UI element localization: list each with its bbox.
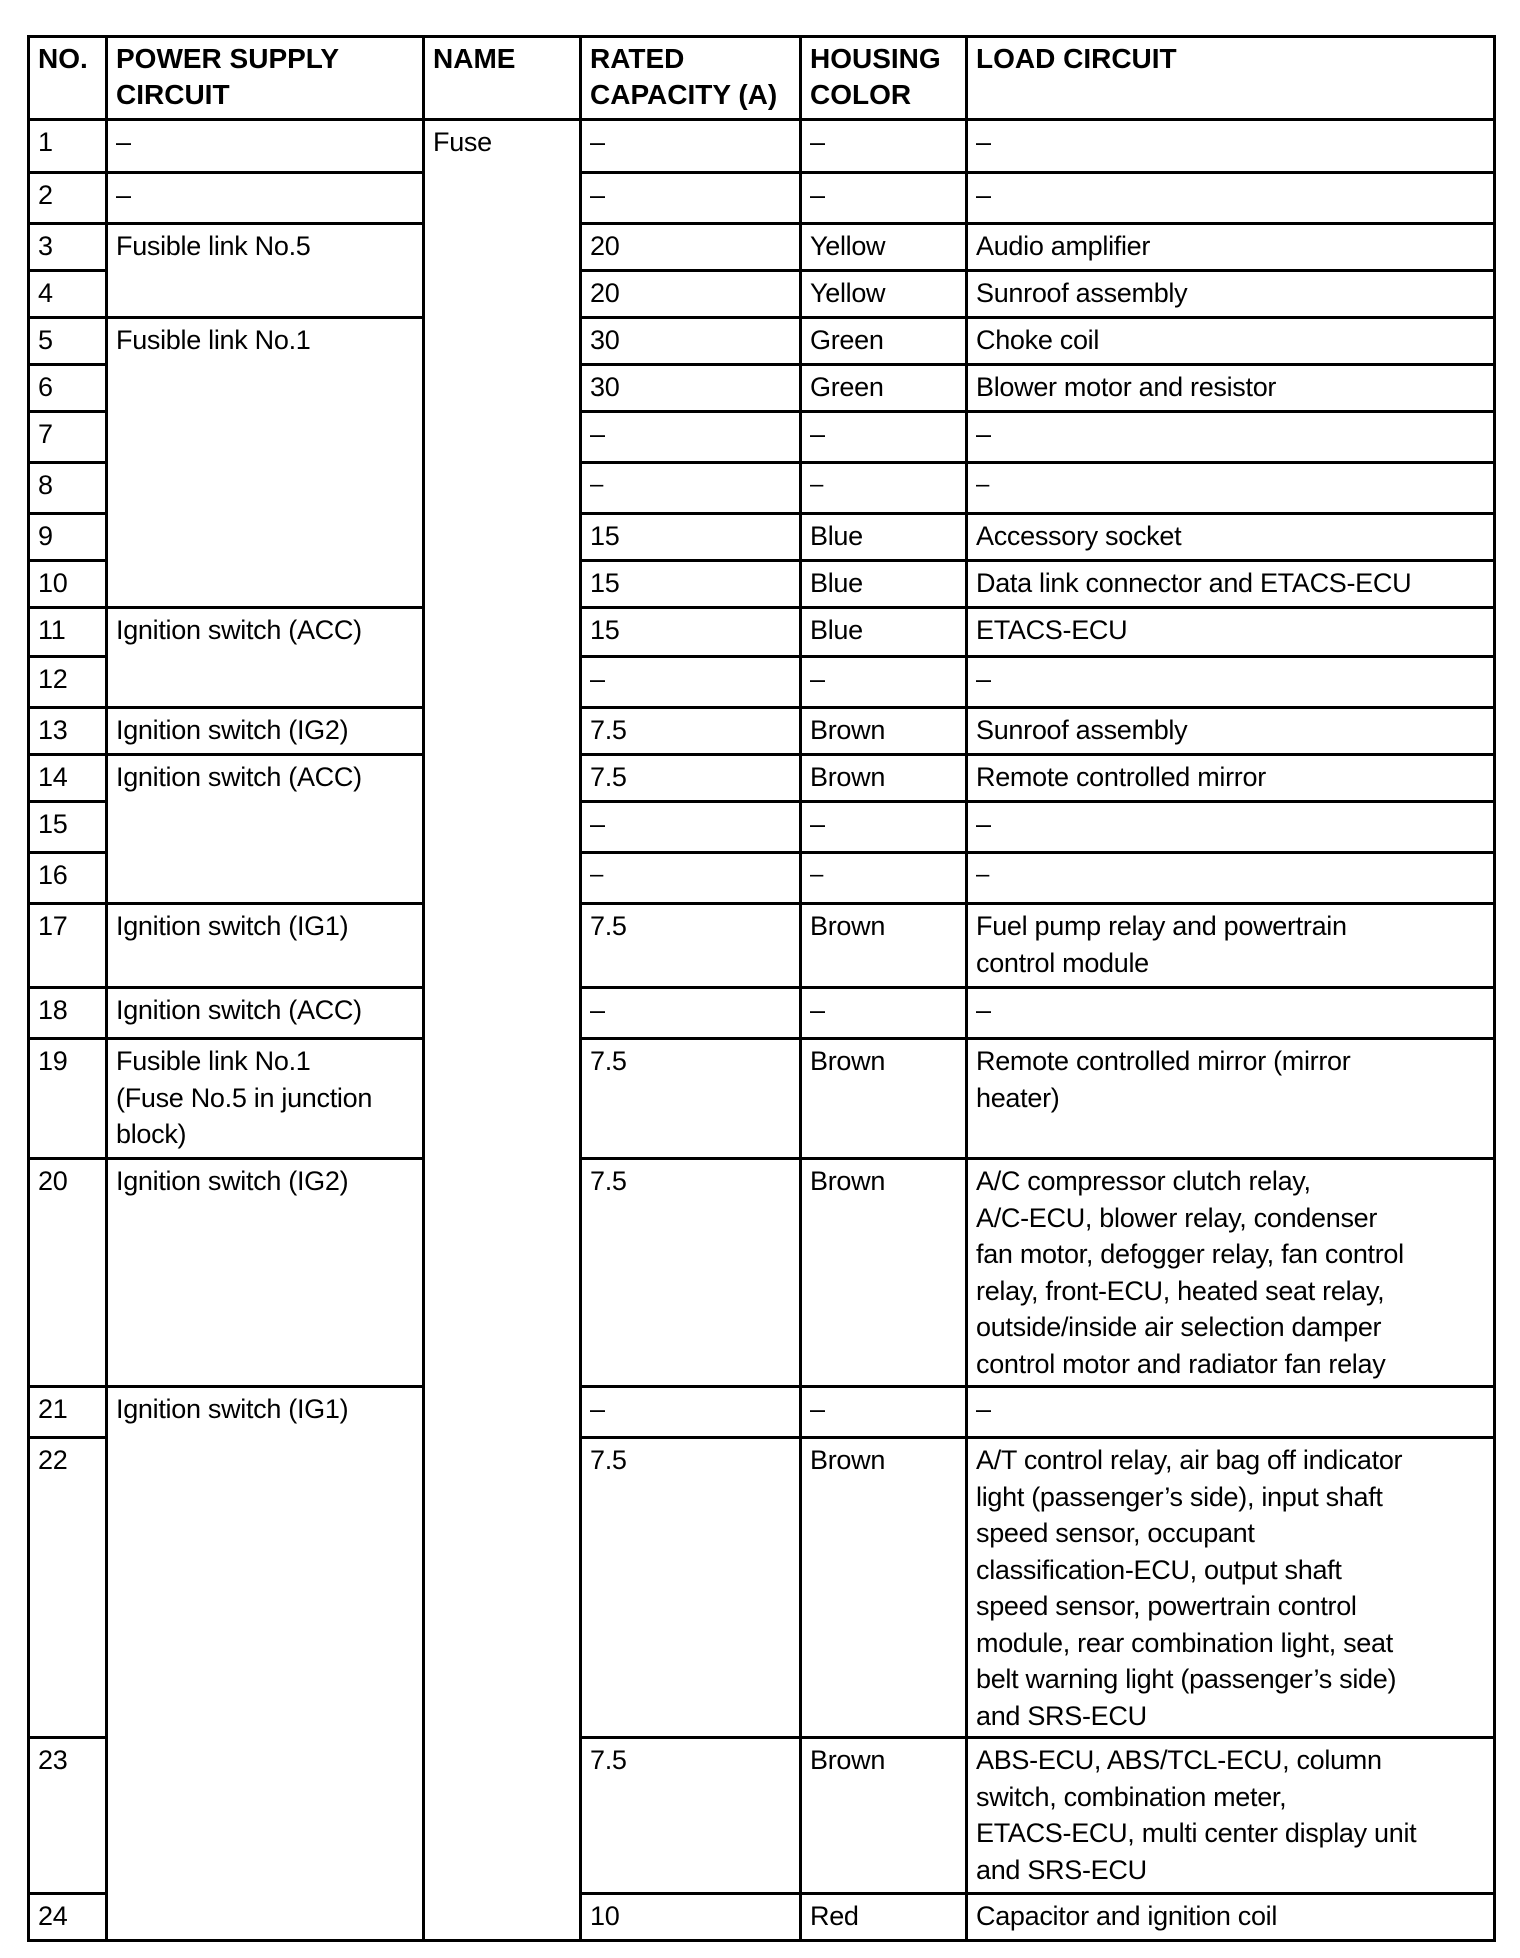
cell-rated: 7.5 [581,904,801,988]
cell-color: Red [801,1894,967,1941]
cell-power-supply: Fusible link No.1 (Fuse No.5 in junction… [107,1039,424,1159]
cell-rated: 20 [581,224,801,271]
table-header-row: NO. POWER SUPPLY CIRCUIT NAME RATED CAPA… [29,37,1495,120]
cell-no: 6 [29,365,107,412]
cell-name: Fuse [424,120,581,1941]
cell-color: Blue [801,514,967,561]
cell-load: – [967,463,1495,514]
cell-load: A/C compressor clutch relay, A/C-ECU, bl… [967,1159,1495,1387]
cell-power-supply: – [107,120,424,173]
cell-power-supply: Ignition switch (ACC) [107,755,424,904]
table-row: 19 Fusible link No.1 (Fuse No.5 in junct… [29,1039,1495,1159]
cell-rated: 7.5 [581,1159,801,1387]
cell-color: Brown [801,1438,967,1738]
cell-rated: – [581,657,801,708]
cell-rated: 7.5 [581,1438,801,1738]
cell-load: Audio amplifier [967,224,1495,271]
cell-rated: 30 [581,318,801,365]
cell-color: – [801,412,967,463]
cell-rated: 30 [581,365,801,412]
cell-color: Blue [801,608,967,657]
cell-no: 18 [29,988,107,1039]
cell-power-supply: Ignition switch (IG1) [107,1387,424,1941]
cell-load: Data link connector and ETACS-ECU [967,561,1495,608]
cell-power-supply: Ignition switch (IG1) [107,904,424,988]
cell-rated: – [581,1387,801,1438]
cell-color: Green [801,318,967,365]
cell-no: 11 [29,608,107,657]
header-rated-capacity: RATED CAPACITY (A) [581,37,801,120]
cell-no: 17 [29,904,107,988]
cell-no: 20 [29,1159,107,1387]
cell-color: Brown [801,1738,967,1894]
cell-rated: 7.5 [581,1738,801,1894]
cell-no: 12 [29,657,107,708]
cell-rated: 15 [581,561,801,608]
cell-rated: 15 [581,514,801,561]
cell-power-supply: Ignition switch (IG2) [107,1159,424,1387]
cell-load: Capacitor and ignition coil [967,1894,1495,1941]
cell-color: – [801,988,967,1039]
cell-no: 15 [29,802,107,853]
cell-color: Yellow [801,271,967,318]
table-row: 17 Ignition switch (IG1) 7.5 Brown Fuel … [29,904,1495,988]
cell-power-supply: – [107,173,424,224]
table-row: 21 Ignition switch (IG1) – – – [29,1387,1495,1438]
cell-color: Green [801,365,967,412]
cell-no: 19 [29,1039,107,1159]
cell-load: – [967,1387,1495,1438]
cell-color: Brown [801,708,967,755]
cell-no: 2 [29,173,107,224]
cell-load: Remote controlled mirror [967,755,1495,802]
cell-load: – [967,412,1495,463]
cell-rated: 7.5 [581,1039,801,1159]
cell-load: – [967,802,1495,853]
cell-load: Blower motor and resistor [967,365,1495,412]
cell-color: – [801,173,967,224]
cell-color: – [801,853,967,904]
cell-no: 3 [29,224,107,271]
cell-rated: 10 [581,1894,801,1941]
cell-load: – [967,853,1495,904]
cell-power-supply: Ignition switch (IG2) [107,708,424,755]
cell-load: – [967,173,1495,224]
table-row: 5 Fusible link No.1 30 Green Choke coil [29,318,1495,365]
cell-no: 13 [29,708,107,755]
cell-color: – [801,802,967,853]
cell-rated: – [581,412,801,463]
cell-color: Brown [801,1159,967,1387]
cell-rated: – [581,120,801,173]
header-power-supply-circuit: POWER SUPPLY CIRCUIT [107,37,424,120]
cell-color: Brown [801,904,967,988]
cell-no: 10 [29,561,107,608]
cell-load: – [967,657,1495,708]
cell-rated: 20 [581,271,801,318]
table-row: 13 Ignition switch (IG2) 7.5 Brown Sunro… [29,708,1495,755]
table-row: 2 – – – – [29,173,1495,224]
cell-rated: – [581,988,801,1039]
cell-color: – [801,463,967,514]
cell-color: Blue [801,561,967,608]
cell-rated: 15 [581,608,801,657]
cell-color: – [801,1387,967,1438]
cell-load: Choke coil [967,318,1495,365]
table-row: 14 Ignition switch (ACC) 7.5 Brown Remot… [29,755,1495,802]
cell-rated: 7.5 [581,708,801,755]
cell-color: Brown [801,755,967,802]
table-row: 1 – Fuse – – – [29,120,1495,173]
cell-load: Remote controlled mirror (mirror heater) [967,1039,1495,1159]
cell-load: ABS-ECU, ABS/TCL-ECU, column switch, com… [967,1738,1495,1894]
cell-rated: – [581,853,801,904]
cell-no: 16 [29,853,107,904]
cell-load: Fuel pump relay and powertrain control m… [967,904,1495,988]
cell-rated: – [581,463,801,514]
fuse-specification-table: NO. POWER SUPPLY CIRCUIT NAME RATED CAPA… [27,35,1496,1942]
cell-power-supply: Fusible link No.1 [107,318,424,608]
cell-rated: – [581,173,801,224]
cell-no: 5 [29,318,107,365]
cell-no: 4 [29,271,107,318]
cell-no: 1 [29,120,107,173]
header-name: NAME [424,37,581,120]
table-row: 18 Ignition switch (ACC) – – – [29,988,1495,1039]
cell-load: – [967,120,1495,173]
cell-load: Accessory socket [967,514,1495,561]
cell-no: 7 [29,412,107,463]
cell-rated: 7.5 [581,755,801,802]
cell-color: – [801,657,967,708]
cell-no: 23 [29,1738,107,1894]
cell-color: Yellow [801,224,967,271]
cell-no: 21 [29,1387,107,1438]
cell-load: Sunroof assembly [967,271,1495,318]
cell-load: – [967,988,1495,1039]
cell-no: 9 [29,514,107,561]
header-housing-color: HOUSING COLOR [801,37,967,120]
cell-rated: – [581,802,801,853]
cell-color: Brown [801,1039,967,1159]
cell-no: 24 [29,1894,107,1941]
header-no: NO. [29,37,107,120]
cell-color: – [801,120,967,173]
cell-load: Sunroof assembly [967,708,1495,755]
header-load-circuit: LOAD CIRCUIT [967,37,1495,120]
cell-no: 14 [29,755,107,802]
cell-load: ETACS-ECU [967,608,1495,657]
cell-no: 22 [29,1438,107,1738]
table-row: 11 Ignition switch (ACC) 15 Blue ETACS-E… [29,608,1495,657]
cell-power-supply: Ignition switch (ACC) [107,988,424,1039]
cell-power-supply: Fusible link No.5 [107,224,424,318]
cell-no: 8 [29,463,107,514]
cell-load: A/T control relay, air bag off indicator… [967,1438,1495,1738]
table-row: 3 Fusible link No.5 20 Yellow Audio ampl… [29,224,1495,271]
cell-power-supply: Ignition switch (ACC) [107,608,424,708]
table-row: 20 Ignition switch (IG2) 7.5 Brown A/C c… [29,1159,1495,1387]
